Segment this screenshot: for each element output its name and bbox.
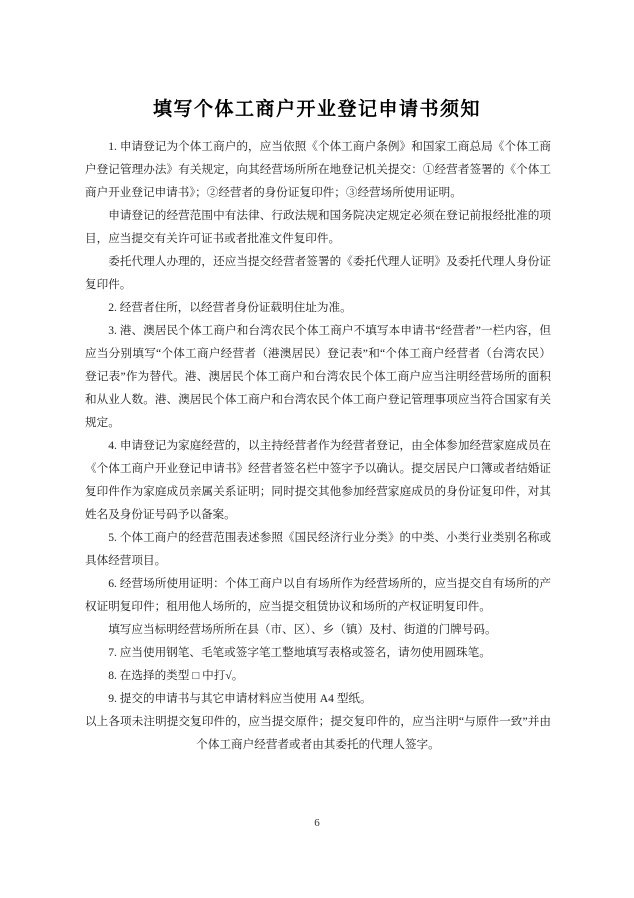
paragraph: 申请登记的经营范围中有法律、行政法规和国务院决定规定必须在登记前报经批准的项目，…: [85, 204, 551, 250]
paragraph: 5. 个体工商户的经营范围表述参照《国民经济行业分类》的中类、小类行业类别名称或…: [85, 526, 551, 572]
paragraph: 9. 提交的申请书与其它申请材料应当使用 A4 型纸。: [85, 687, 551, 710]
paragraph: 7. 应当使用钢笔、毛笔或签字笔工整地填写表格或签名，请勿使用圆珠笔。: [85, 641, 551, 664]
paragraph: 3. 港、澳居民个体工商户和台湾农民个体工商户不填写本申请书“经营者”一栏内容，…: [85, 319, 551, 434]
paragraph: 委托代理人办理的，还应当提交经营者签署的《委托代理人证明》及委托代理人身份证复印…: [85, 250, 551, 296]
page-title: 填写个体工商户开业登记申请书须知: [0, 94, 634, 121]
paragraph: 4. 申请登记为家庭经营的，以主持经营者作为经营者登记，由全体参加经营家庭成员在…: [85, 434, 551, 526]
notice-body: 1. 申请登记为个体工商户的，应当依照《个体工商户条例》和国家工商总局《个体工商…: [85, 135, 551, 756]
page-number: 6: [0, 817, 634, 829]
paragraph: 1. 申请登记为个体工商户的，应当依照《个体工商户条例》和国家工商总局《个体工商…: [85, 135, 551, 204]
paragraph: 以上各项未注明提交复印件的，应当提交原件；提交复印件的，应当注明“与原件一致”并…: [85, 710, 551, 756]
document-page: 填写个体工商户开业登记申请书须知 1. 申请登记为个体工商户的，应当依照《个体工…: [0, 0, 634, 898]
paragraph: 6. 经营场所使用证明：个体工商户以自有场所作为经营场所的，应当提交自有场所的产…: [85, 572, 551, 618]
paragraph: 8. 在选择的类型 □ 中打√。: [85, 664, 551, 687]
paragraph: 2. 经营者住所，以经营者身份证载明住址为准。: [85, 296, 551, 319]
paragraph: 填写应当标明经营场所所在县（市、区）、乡（镇）及村、街道的门牌号码。: [85, 618, 551, 641]
